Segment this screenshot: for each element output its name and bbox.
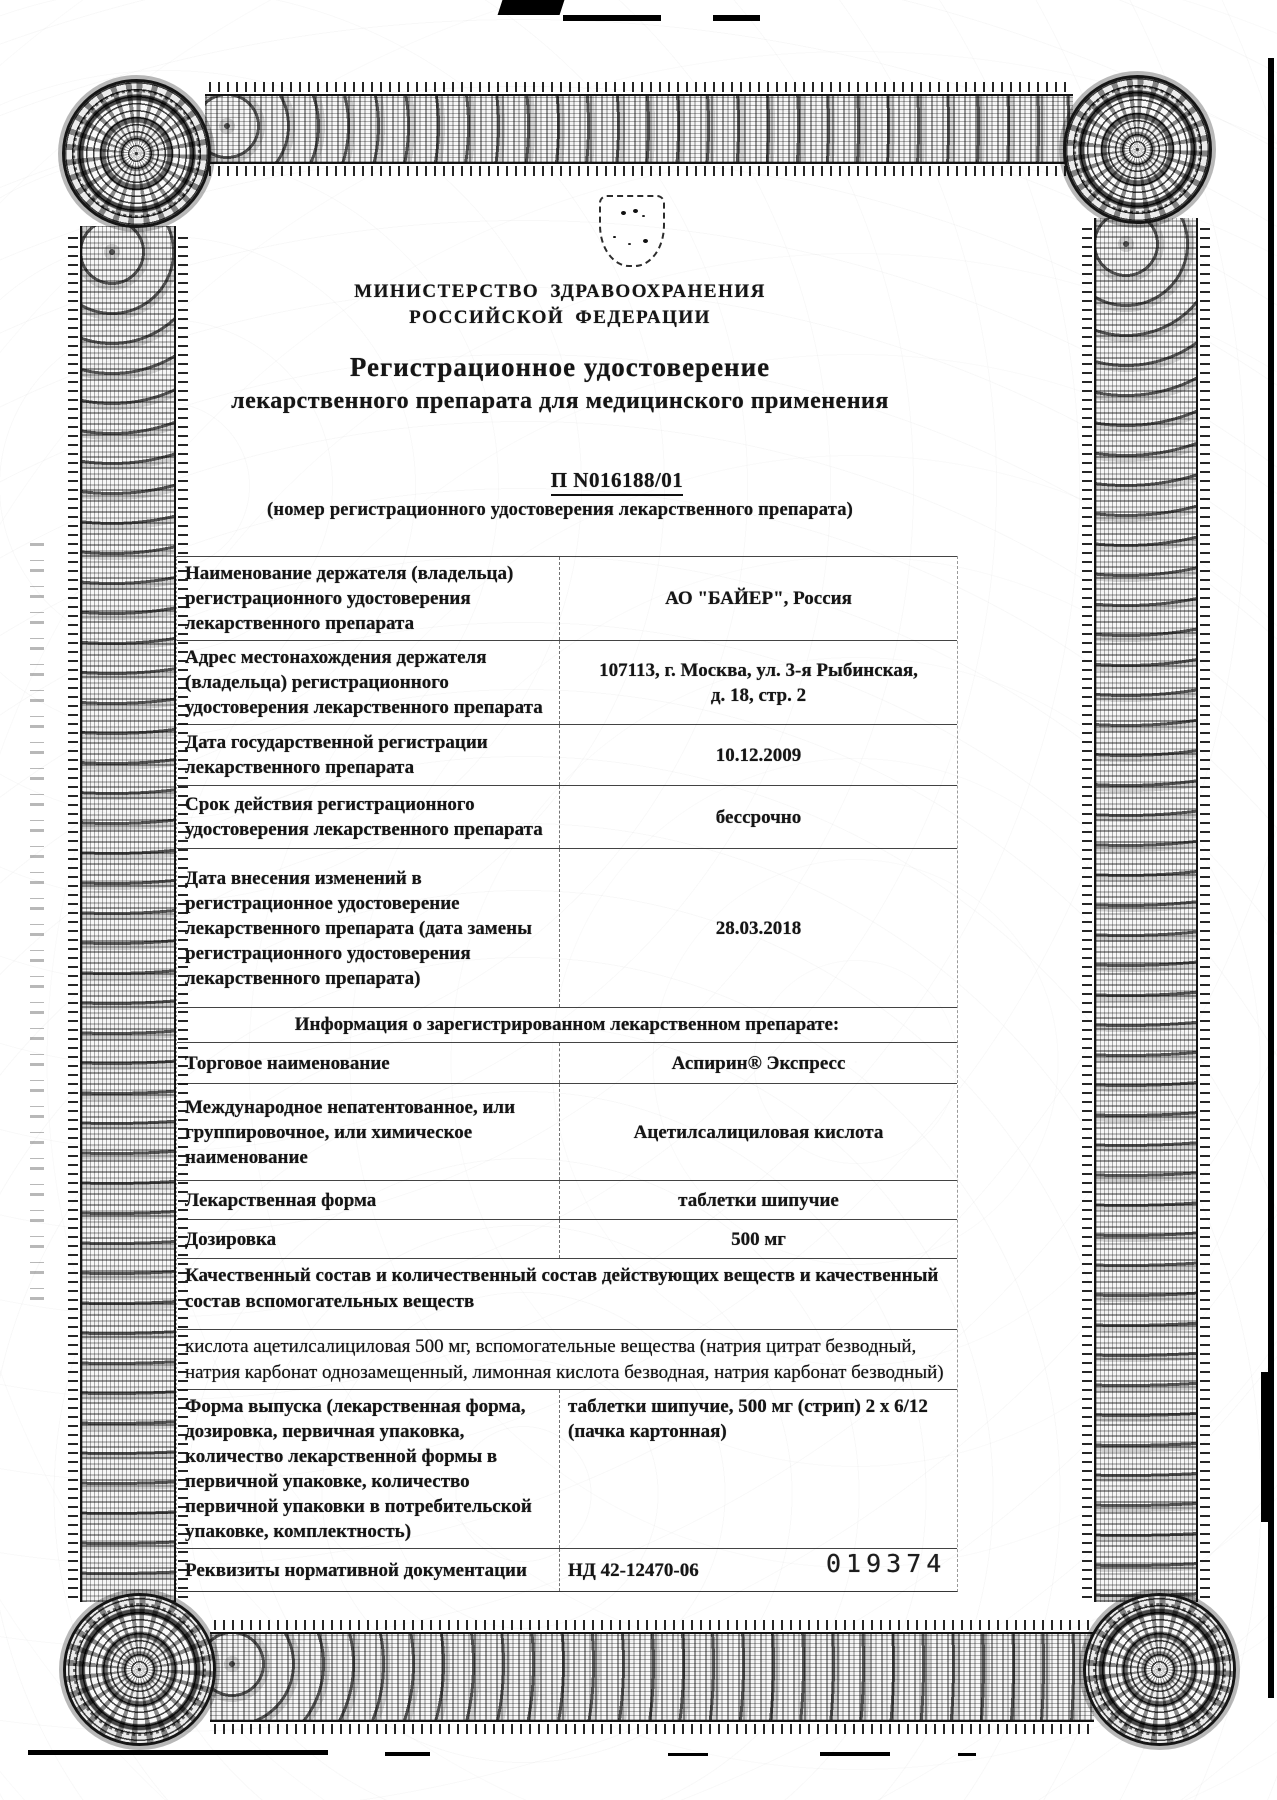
row-label: Наименование держателя (владельца) регис… xyxy=(177,557,559,640)
row-value: таблетки шипучие, 500 мг (стрип) 2 х 6/1… xyxy=(559,1390,957,1548)
row-value: таблетки шипучие xyxy=(559,1181,957,1219)
serial-number: 019374 xyxy=(826,1549,946,1578)
coat-of-arms-detail xyxy=(621,211,626,215)
composition-text-row: кислота ацетилсалициловая 500 мг, вспомо… xyxy=(177,1329,957,1388)
row-label: Срок действия регистрационного удостовер… xyxy=(177,788,559,846)
coat-of-arms-icon xyxy=(599,195,665,267)
row-label: Адрес местонахождения держателя (владель… xyxy=(177,641,559,724)
table-row: Дозировка 500 мг xyxy=(177,1219,957,1258)
document-title: Регистрационное удостоверение лекарствен… xyxy=(170,352,950,415)
border-ornament-left xyxy=(80,226,176,1602)
table-row: Срок действия регистрационного удостовер… xyxy=(177,785,957,848)
corner-rosette-bottom-right-ornament xyxy=(1086,1596,1233,1743)
border-ornament-right xyxy=(1094,218,1198,1602)
row-value: АО "БАЙЕР", Россия xyxy=(559,557,957,640)
table-row: Наименование держателя (владельца) регис… xyxy=(177,556,957,640)
corner-rosette-bottom-left-ornament xyxy=(66,1596,213,1743)
table-row: Форма выпуска (лекарственная форма, дози… xyxy=(177,1389,957,1548)
row-value: Аспирин® Экспресс xyxy=(559,1043,957,1083)
row-value: 28.03.2018 xyxy=(559,849,957,1007)
row-value: 500 мг xyxy=(559,1220,957,1258)
scan-artifact xyxy=(385,1752,430,1756)
row-label: Дата внесения изменений в регистрационно… xyxy=(177,862,559,995)
registration-number-block: П N016188/01 xyxy=(170,468,950,496)
row-value: 107113, г. Москва, ул. 3-я Рыбинская, д.… xyxy=(559,641,957,724)
registration-table: Наименование держателя (владельца) регис… xyxy=(175,556,958,1592)
section-header-row: Информация о зарегистрированном лекарств… xyxy=(177,1007,957,1042)
table-row: Торговое наименование Аспирин® Экспресс xyxy=(177,1042,957,1083)
row-label: Дата государственной регистрации лекарст… xyxy=(177,726,559,784)
scan-artifact xyxy=(713,15,760,21)
scan-artifact xyxy=(820,1752,890,1756)
row-label: Торговое наименование xyxy=(177,1047,559,1080)
composition-header: Качественный состав и количественный сос… xyxy=(177,1259,957,1317)
border-ornament-top xyxy=(205,94,1073,164)
row-value: 10.12.2009 xyxy=(559,725,957,785)
corner-rosette-top-right-ornament xyxy=(1066,78,1209,221)
composition-text: кислота ацетилсалициловая 500 мг, вспомо… xyxy=(177,1330,957,1388)
row-value: Ацетилсалициловая кислота xyxy=(559,1084,957,1180)
registration-number-caption: (номер регистрационного удостоверения ле… xyxy=(170,500,950,521)
scan-artifact xyxy=(958,1753,976,1756)
scan-artifact xyxy=(28,1750,328,1755)
document-title-line1: Регистрационное удостоверение xyxy=(170,352,950,383)
row-value: бессрочно xyxy=(559,786,957,848)
row-label: Форма выпуска (лекарственная форма, дози… xyxy=(177,1390,559,1548)
scan-scratch-marks xyxy=(30,540,44,1300)
table-row: Дата внесения изменений в регистрационно… xyxy=(177,848,957,1007)
table-row: Адрес местонахождения держателя (владель… xyxy=(177,640,957,724)
table-row: Дата государственной регистрации лекарст… xyxy=(177,724,957,785)
ministry-heading: МИНИСТЕРСТВО ЗДРАВООХРАНЕНИЯ РОССИЙСКОЙ … xyxy=(170,279,950,330)
table-row: Международное непатентованное, или групп… xyxy=(177,1083,957,1180)
row-label: Лекарственная форма xyxy=(177,1184,559,1217)
ministry-line1: МИНИСТЕРСТВО ЗДРАВООХРАНЕНИЯ xyxy=(170,279,950,305)
scan-artifact xyxy=(563,15,661,21)
certificate-page: МИНИСТЕРСТВО ЗДРАВООХРАНЕНИЯ РОССИЙСКОЙ … xyxy=(0,0,1277,1800)
row-label: Международное непатентованное, или групп… xyxy=(177,1091,559,1174)
scan-artifact xyxy=(1261,1372,1274,1522)
registration-number: П N016188/01 xyxy=(551,468,684,496)
row-label: Дозировка xyxy=(177,1223,559,1256)
ministry-line2: РОССИЙСКОЙ ФЕДЕРАЦИИ xyxy=(170,305,950,331)
scan-artifact xyxy=(668,1753,708,1756)
section-header: Информация о зарегистрированном лекарств… xyxy=(177,1008,957,1041)
row-label: Реквизиты нормативной документации xyxy=(177,1554,559,1587)
scan-artifact xyxy=(498,0,565,15)
composition-header-row: Качественный состав и количественный сос… xyxy=(177,1258,957,1329)
table-row: Лекарственная форма таблетки шипучие xyxy=(177,1180,957,1219)
corner-rosette-top-left-ornament xyxy=(65,82,208,225)
border-ornament-bottom xyxy=(210,1632,1094,1722)
document-title-line2: лекарственного препарата для медицинског… xyxy=(170,388,950,415)
